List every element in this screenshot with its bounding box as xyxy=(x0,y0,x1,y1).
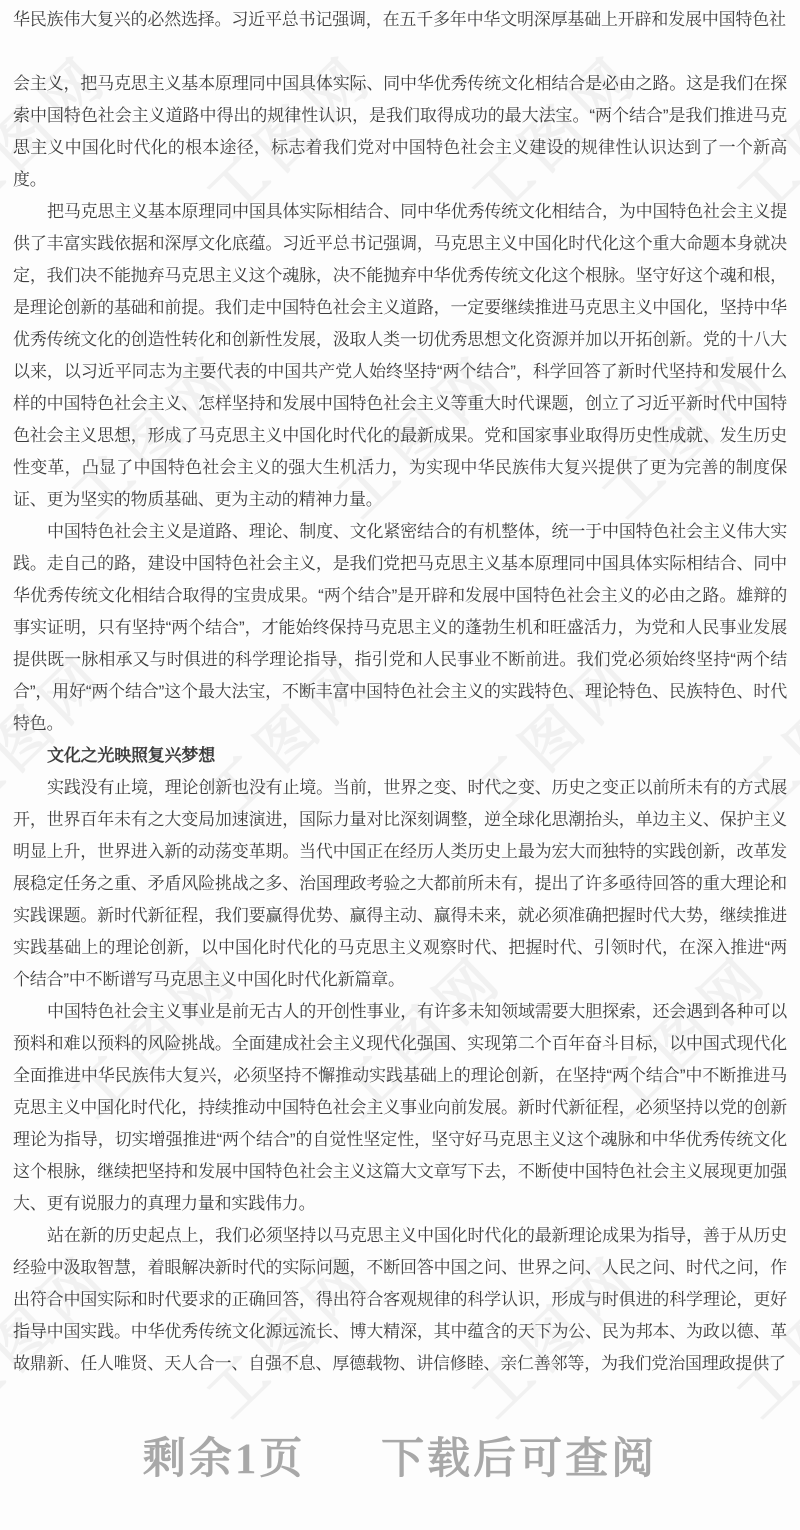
paragraph: 把马克思主义基本原理同中国具体实际相结合、同中华优秀传统文化相结合，为中国特色社… xyxy=(13,196,787,516)
paragraph: 中国特色社会主义是道路、理论、制度、文化紧密结合的有机整体，统一于中国特色社会主… xyxy=(13,516,787,740)
paragraph: 站在新的历史起点上，我们必须坚持以马克思主义中国化时代化的最新理论成果为指导，善… xyxy=(13,1220,787,1380)
previous-page-last-line: 华民族伟大复兴的必然选择。习近平总书记强调，在五千多年中华文明深厚基础上开辟和发… xyxy=(13,4,787,36)
document-body: 华民族伟大复兴的必然选择。习近平总书记强调，在五千多年中华文明深厚基础上开辟和发… xyxy=(13,4,787,1380)
preview-footer: 剩余1页 下载后可查阅 xyxy=(0,1425,800,1486)
pages-remaining-label: 剩余1页 xyxy=(143,1425,306,1486)
section-heading: 文化之光映照复兴梦想 xyxy=(13,740,787,772)
paragraph: 中国特色社会主义事业是前无古人的开创性事业，有许多未知领域需要大胆探索，还会遇到… xyxy=(13,996,787,1220)
paragraph-continuation: 会主义，把马克思主义基本原理同中国具体实际、同中华优秀传统文化相结合是必由之路。… xyxy=(13,68,787,196)
download-hint-label: 下载后可查阅 xyxy=(381,1425,657,1486)
paragraph: 实践没有止境，理论创新也没有止境。当前，世界之变、时代之变、历史之变正以前所未有… xyxy=(13,772,787,996)
